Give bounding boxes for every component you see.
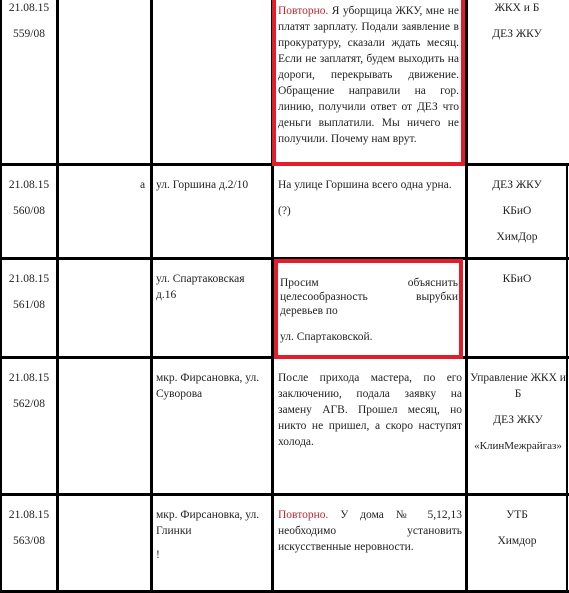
row-divider [0, 257, 569, 260]
complaint-cell: Повторно. У дома № 5,12,13 необходимо ус… [278, 507, 462, 555]
complaint-text: Просим объяснить целесообразность вырубк… [280, 276, 458, 318]
responsible-org: Химдор [468, 533, 566, 549]
address-note: ! [156, 547, 268, 563]
complaint-note: ул. Спартаковской. [280, 330, 458, 344]
complaint-note: (?) [278, 203, 462, 219]
complaint-cell: Просим объяснить целесообразность вырубк… [280, 276, 458, 344]
column-divider [150, 0, 153, 593]
table-row: 21.08.15 560/08 [2, 177, 56, 219]
number-cell: 559/08 [2, 26, 56, 42]
table-row: 21.08.15 559/08 [2, 0, 56, 42]
date-cell: 21.08.15 [2, 507, 56, 523]
address-text: ул. Спартаковская д.16 [156, 273, 245, 301]
address-cell: ул. Горшина д.2/10 [156, 177, 268, 193]
responsible-org: «КлинМежрайгаз» [469, 438, 567, 454]
address-text: ул. Горшина д.2/10 [156, 179, 248, 191]
date-cell: 21.08.15 [2, 177, 56, 193]
responsible-org: ДЕЗ ЖКУ [469, 412, 567, 428]
responsible-org: ДЕЗ ЖКУ [468, 177, 566, 193]
responsible-cell: Управление ЖКХ и Б ДЕЗ ЖКУ «КлинМежрайга… [469, 370, 567, 454]
complaint-text: На улице Горшина всего одна урна. [278, 177, 462, 193]
responsible-org: ХимДор [468, 229, 566, 245]
date-cell: 21.08.15 [2, 271, 56, 287]
repeat-label: Повторно. [278, 5, 328, 17]
name-text: а [140, 179, 145, 191]
address-text: мкр. Фирсановка, ул. Суворова [156, 372, 259, 400]
address-text: мкр. Фирсановка, ул. Глинки [156, 507, 268, 539]
table-row: 21.08.15 562/08 [2, 370, 56, 412]
responsible-org: КБиО [468, 203, 566, 219]
address-cell: мкр. Фирсановка, ул. Глинки ! [156, 507, 268, 563]
complaints-table: 21.08.15 559/08 Повторно. Я уборщица ЖКУ… [0, 0, 569, 593]
date-cell: 21.08.15 [2, 370, 56, 386]
column-divider [465, 0, 468, 593]
responsible-org: Управление ЖКХ и Б [469, 370, 567, 402]
row-divider [0, 493, 569, 496]
repeat-label: Повторно. [278, 509, 328, 521]
row-divider [0, 163, 569, 166]
complaint-cell: Повторно. Я уборщица ЖКУ, мне не платят … [278, 3, 459, 147]
responsible-org: ДЕЗ ЖКУ [468, 26, 566, 42]
complaint-text: Я уборщица ЖКУ, мне не платят зарплату. … [278, 5, 459, 145]
table-row: 21.08.15 561/08 [2, 271, 56, 313]
responsible-org: КБиО [468, 271, 566, 287]
complaint-cell: После прихода мастера, по его заключению… [278, 370, 462, 450]
complaint-text: После прихода мастера, по его заключению… [278, 372, 462, 448]
responsible-org: ЖКХ и Б [468, 0, 566, 16]
column-divider [56, 0, 59, 593]
address-cell: мкр. Фирсановка, ул. Суворова [156, 370, 268, 402]
responsible-cell: ЖКХ и Б ДЕЗ ЖКУ [468, 0, 566, 42]
complaint-cell: На улице Горшина всего одна урна. (?) [278, 177, 462, 219]
responsible-cell: УТБ Химдор [468, 507, 566, 549]
date-cell: 21.08.15 [2, 0, 56, 16]
name-cell: а [140, 177, 150, 193]
table-row: 21.08.15 563/08 [2, 507, 56, 549]
number-cell: 560/08 [2, 203, 56, 219]
column-divider [271, 0, 274, 593]
number-cell: 563/08 [2, 533, 56, 549]
row-divider [0, 356, 569, 359]
number-cell: 562/08 [2, 396, 56, 412]
address-cell: ул. Спартаковская д.16 [156, 271, 256, 303]
number-cell: 561/08 [2, 297, 56, 313]
responsible-org: УТБ [468, 507, 566, 523]
responsible-cell: КБиО [468, 271, 566, 287]
responsible-cell: ДЕЗ ЖКУ КБиО ХимДор [468, 177, 566, 245]
